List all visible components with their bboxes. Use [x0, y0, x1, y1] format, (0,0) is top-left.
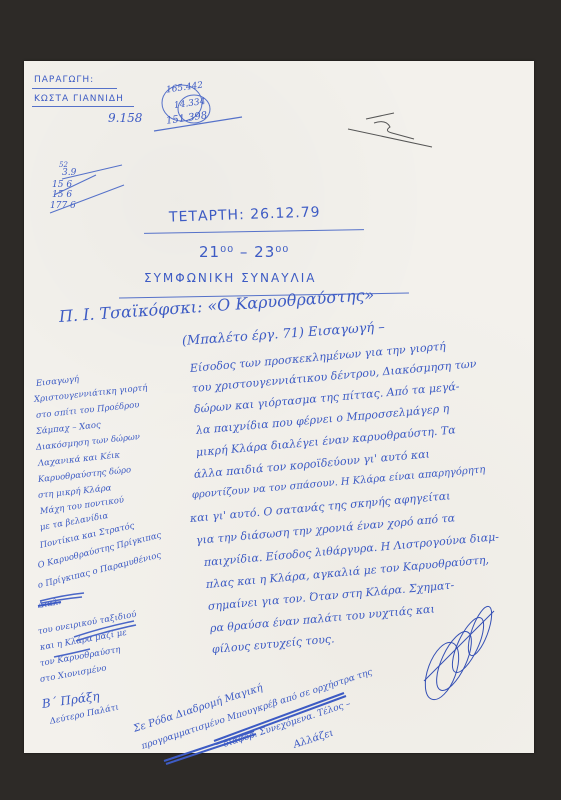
margin-line-4: Σάμπαχ – Χαος	[35, 420, 101, 437]
date-line: ΤΕΤΑΡΤΗ: 26.12.79	[169, 204, 321, 225]
time-line: 21⁰⁰ – 23⁰⁰	[199, 243, 289, 261]
production-underline-2	[32, 106, 134, 107]
footer-strikes	[154, 661, 374, 771]
body-line-14: φίλους ευτυχείς τους.	[212, 633, 335, 655]
program-title: ΣΥΜΦΩΝΙΚΗ ΣΥΝΑΥΛΙΑ	[144, 271, 317, 285]
ink-signature	[414, 591, 504, 711]
production-underline-1	[32, 88, 117, 89]
work-subheading: (Μπαλέτο έργ. 71) Εισαγωγή –	[182, 321, 386, 348]
production-label: ΠΑΡΑΓΩΓΗ:	[34, 75, 94, 85]
number-left: 9.158	[108, 111, 142, 125]
pencil-signature	[346, 107, 436, 157]
producer-name: ΚΩΣΤΑ ΓΙΑΝΝΙΔΗ	[34, 94, 124, 104]
document-page: ΠΑΡΑΓΩΓΗ: ΚΩΣΤΑ ΓΙΑΝΝΙΔΗ 9.158 165.442 1…	[24, 61, 534, 753]
calc-strokes	[44, 165, 134, 215]
composer-heading: Π. Ι. Τσαϊκόφσκι: «Ο Καρυοθραύστης»	[58, 287, 374, 325]
margin-scribbles	[34, 561, 164, 671]
date-underline	[144, 229, 364, 234]
margin-line-1: Εισαγωγή	[35, 375, 79, 389]
margin-line-3: στο σπίτι του Προέδρου	[35, 400, 139, 421]
margin-line-6: Λαχανικά και Κέικ	[37, 450, 120, 469]
margin-line-7: Καρυοθραύστης δώρο	[37, 465, 131, 485]
